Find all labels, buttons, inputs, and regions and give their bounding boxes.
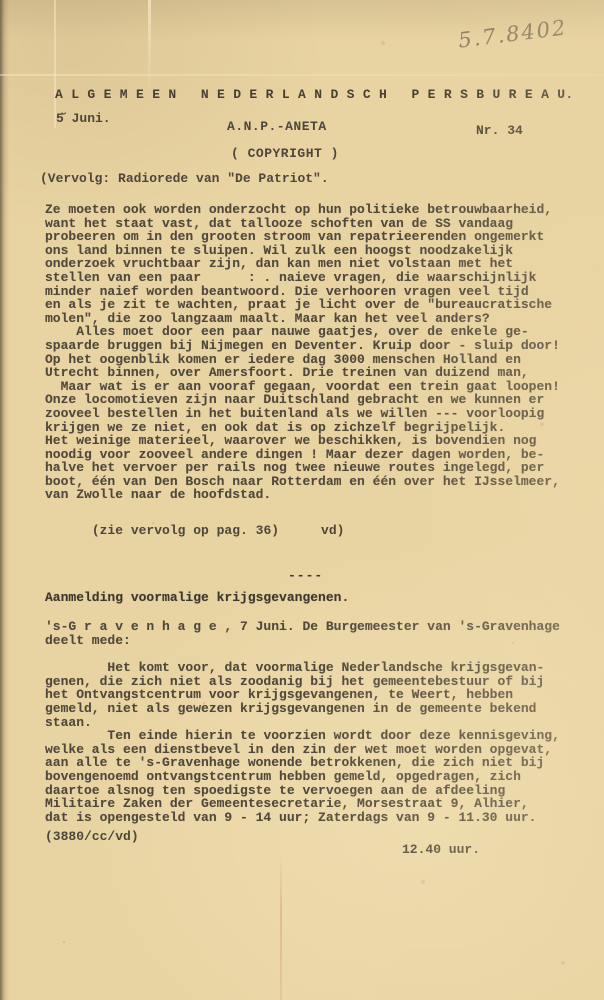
scanned-press-bulletin-page: 5.7.8402 A L G E M E E N N E D E R L A N… xyxy=(0,0,604,1000)
fold-crease-vertical-top xyxy=(148,0,151,92)
bulletin-body: Ze moeten ook worden onderzocht op hun p… xyxy=(45,203,578,844)
fold-crease-vertical-bottom xyxy=(280,852,282,1000)
see-continuation-note: (zie vervolg op pag. 36) xyxy=(92,523,279,538)
paper-specks xyxy=(0,0,2,2)
editor-initials: vd) xyxy=(321,523,344,538)
continuation-title-note: (Vervolg: Radiorede van "De Patriot". xyxy=(40,172,329,186)
article-dateline: 's-G r a v e n h a g e , 7 Juni. De Burg… xyxy=(45,620,578,647)
handwritten-reference-number: 5.7.8402 xyxy=(457,15,569,52)
fold-crease-vertical-left xyxy=(54,0,56,128)
article-paragraph-2: Ten einde hierin te voorzien wordt door … xyxy=(45,729,578,824)
fold-crease-horizontal xyxy=(0,74,604,76)
issue-date: 5̆ Juni. xyxy=(56,112,111,126)
article-paragraph-1: Het komt voor, dat voormalige Nederlands… xyxy=(45,661,578,729)
time-stamp: 12.40 uur. xyxy=(402,843,480,857)
article-heading: Aanmelding voormalige krijgsgevangenen. xyxy=(45,591,578,605)
page-left-edge-shadow xyxy=(0,0,9,1000)
reference-code: (3880/cc/vd) xyxy=(45,830,139,844)
copyright-line: ( COPYRIGHT ) xyxy=(231,147,339,161)
bulletin-footer: (3880/cc/vd) 12.40 uur. xyxy=(45,830,578,844)
agency-abbreviation: A.N.P.-ANETA xyxy=(227,120,327,134)
issue-number: Nr. 34 xyxy=(476,124,523,138)
continuation-row: (zie vervolg op pag. 36)vd) xyxy=(45,510,578,552)
section-separator: ---- xyxy=(288,568,578,583)
agency-title: A L G E M E E N N E D E R L A N D S C H … xyxy=(55,88,573,102)
article-radiorede-body: Ze moeten ook worden onderzocht op hun p… xyxy=(45,203,578,502)
